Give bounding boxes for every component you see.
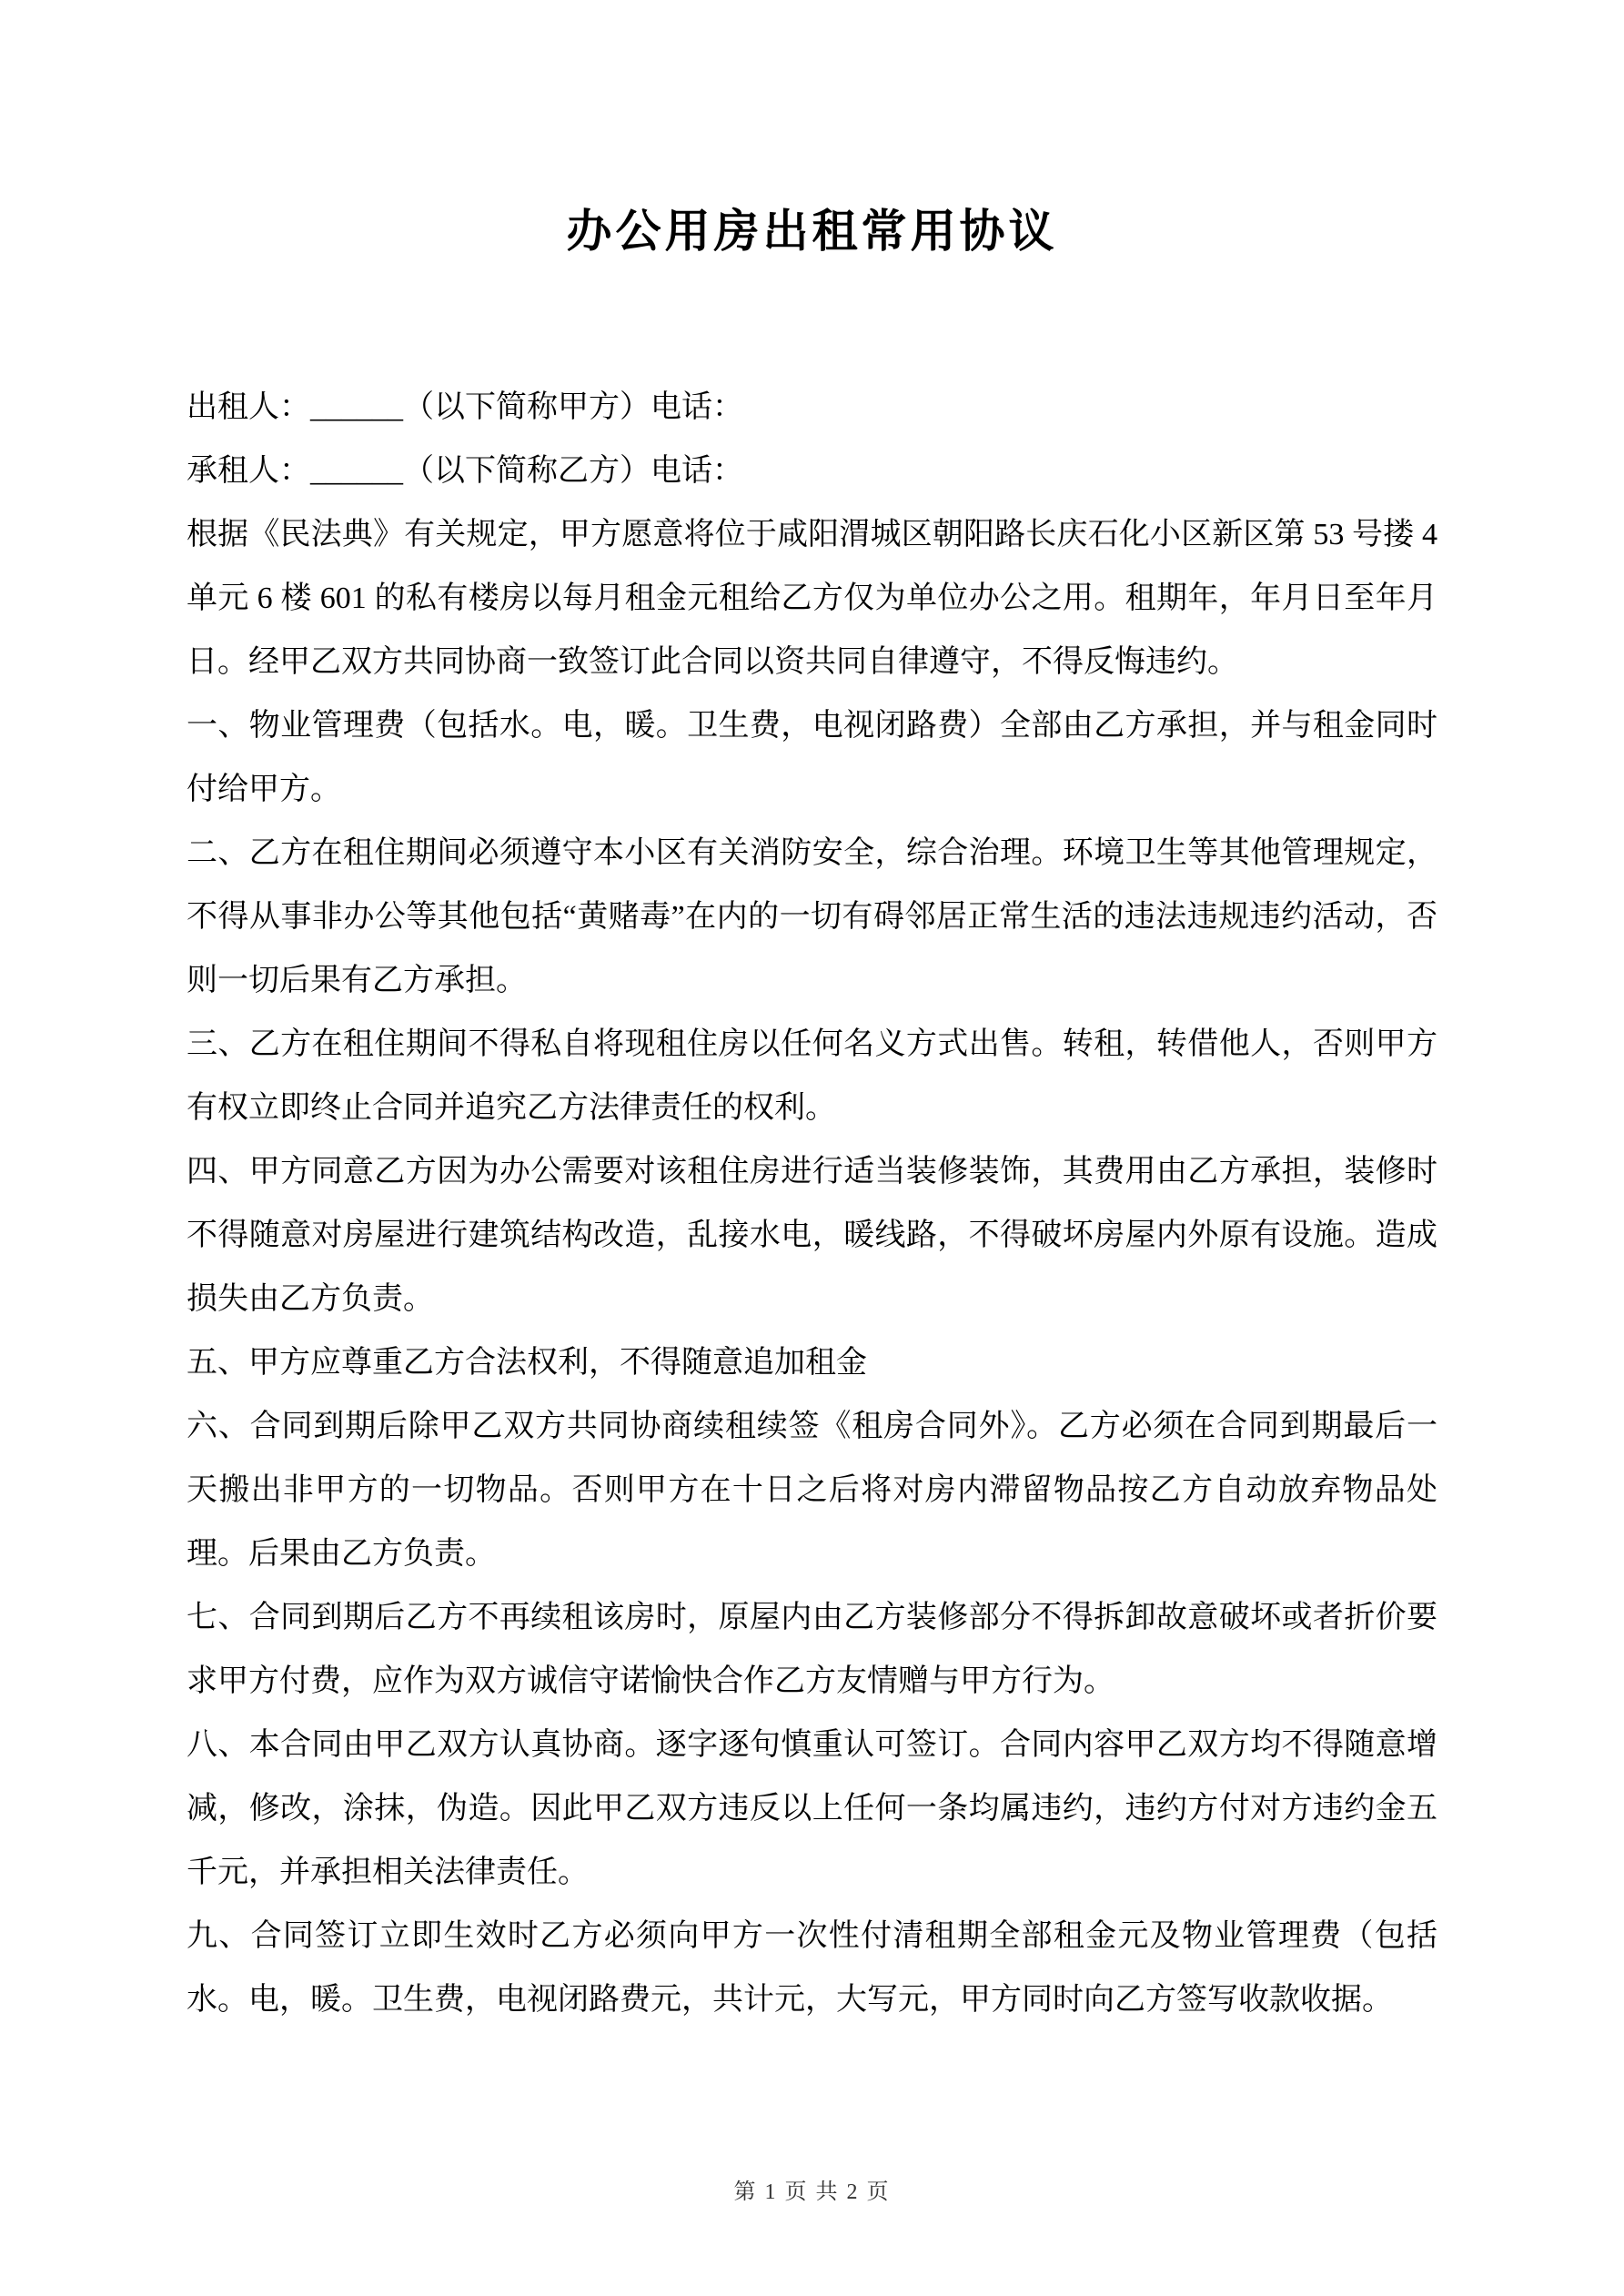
paragraph: 承租人：______（以下简称乙方）电话：: [187, 440, 1437, 503]
document-page: 办公用房出租常用协议 出租人：______（以下简称甲方）电话：承租人：____…: [0, 0, 1624, 2296]
paragraph: 六、合同到期后除甲乙双方共同协商续租续签《租房合同外》。乙方必须在合同到期最后一…: [187, 1395, 1437, 1586]
paragraph: 九、合同签订立即生效时乙方必须向甲方一次性付清租期全部租金元及物业管理费（包括水…: [187, 1905, 1437, 2032]
paragraph: 七、合同到期后乙方不再续租该房时，原屋内由乙方装修部分不得拆卸故意破坏或者折价要…: [187, 1586, 1437, 1714]
paragraph: 四、甲方同意乙方因为办公需要对该租住房进行适当装修装饰，其费用由乙方承担，装修时…: [187, 1140, 1437, 1331]
document-body: 出租人：______（以下简称甲方）电话：承租人：______（以下简称乙方）电…: [187, 376, 1437, 2032]
paragraph: 五、甲方应尊重乙方合法权利，不得随意追加租金: [187, 1331, 1437, 1395]
paragraph: 根据《民法典》有关规定，甲方愿意将位于咸阳渭城区朝阳路长庆石化小区新区第 53 …: [187, 503, 1437, 694]
paragraph: 一、物业管理费（包括水。电，暖。卫生费，电视闭路费）全部由乙方承担，并与租金同时…: [187, 694, 1437, 822]
paragraph: 出租人：______（以下简称甲方）电话：: [187, 376, 1437, 440]
document-title: 办公用房出租常用协议: [187, 0, 1437, 258]
paragraph: 八、本合同由甲乙双方认真协商。逐字逐句慎重认可签订。合同内容甲乙双方均不得随意增…: [187, 1714, 1437, 1905]
paragraph: 三、乙方在租住期间不得私自将现租住房以任何名义方式出售。转租，转借他人，否则甲方…: [187, 1013, 1437, 1140]
paragraph: 二、乙方在租住期间必须遵守本小区有关消防安全，综合治理。环境卫生等其他管理规定，…: [187, 822, 1437, 1013]
page-footer: 第 1 页 共 2 页: [0, 2173, 1624, 2205]
